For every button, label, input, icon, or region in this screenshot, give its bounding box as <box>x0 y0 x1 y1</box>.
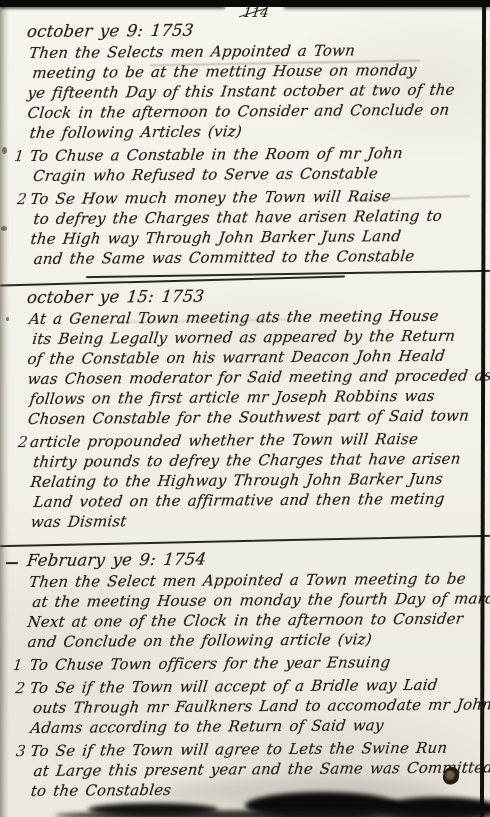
article-text: To Chuse a Constable in the Room of mr J… <box>30 143 403 186</box>
handwritten-line: and Conclude on the following article (v… <box>27 628 486 652</box>
margin-ink-speck <box>6 317 9 321</box>
left-binding-shadow <box>0 0 9 817</box>
article-text: article propounded whether the Town will… <box>30 429 461 532</box>
article-text: To Se How much money the Town will Raise… <box>30 186 442 269</box>
handwritten-line: Chosen Constable for the Southwest part … <box>27 405 486 429</box>
article-text: To Se if the Town will accept of a Bridl… <box>30 674 490 738</box>
hand-drawn-divider <box>0 534 490 546</box>
journal-entry-oct-9-1753: october ye 9: 1753 Then the Selects men … <box>27 17 486 269</box>
margin-ink-speck <box>1 226 7 231</box>
handwritten-line: and the Same was Committed to the Consta… <box>33 246 444 269</box>
handwritten-line: the following Articles (viz) <box>29 119 486 143</box>
handwritten-line: was Dismist <box>30 509 463 532</box>
article-item: 1 To Chuse Town officers for the year En… <box>13 651 485 675</box>
article-number: 1 <box>11 146 33 186</box>
article-item: 2 To Se How much money the Town will Rai… <box>13 185 486 269</box>
handwritten-line: Cragin who Refused to Serve as Constable <box>32 163 404 186</box>
manuscript-page: 114 october ye 9: 1753 Then the Selects … <box>0 0 490 817</box>
margin-ink-speck <box>2 147 7 154</box>
handwritten-line: Adams according to the Return of Said wa… <box>29 714 490 738</box>
journal-entry-oct-15-1753: october ye 15: 1753 At a General Town me… <box>27 283 486 532</box>
article-item: 1 To Chuse a Constable in the Room of mr… <box>13 142 485 186</box>
article-text: To Chuse Town officers for the year Ensu… <box>30 652 391 675</box>
ink-blot <box>443 767 459 785</box>
bottom-edge-smudge <box>55 810 490 817</box>
page-number: 114 <box>242 5 270 21</box>
manuscript-content: october ye 9: 1753 Then the Selects men … <box>0 0 490 801</box>
hand-drawn-divider <box>0 271 490 283</box>
article-item: 2 article propounded whether the Town wi… <box>13 428 486 532</box>
article-item: 2 To Se if the Town will accept of a Bri… <box>13 674 485 738</box>
handwritten-line: To Chuse Town officers for the year Ensu… <box>29 652 392 675</box>
journal-entry-feb-9-1754: February ye 9: 1754 Then the Select men … <box>27 546 486 801</box>
